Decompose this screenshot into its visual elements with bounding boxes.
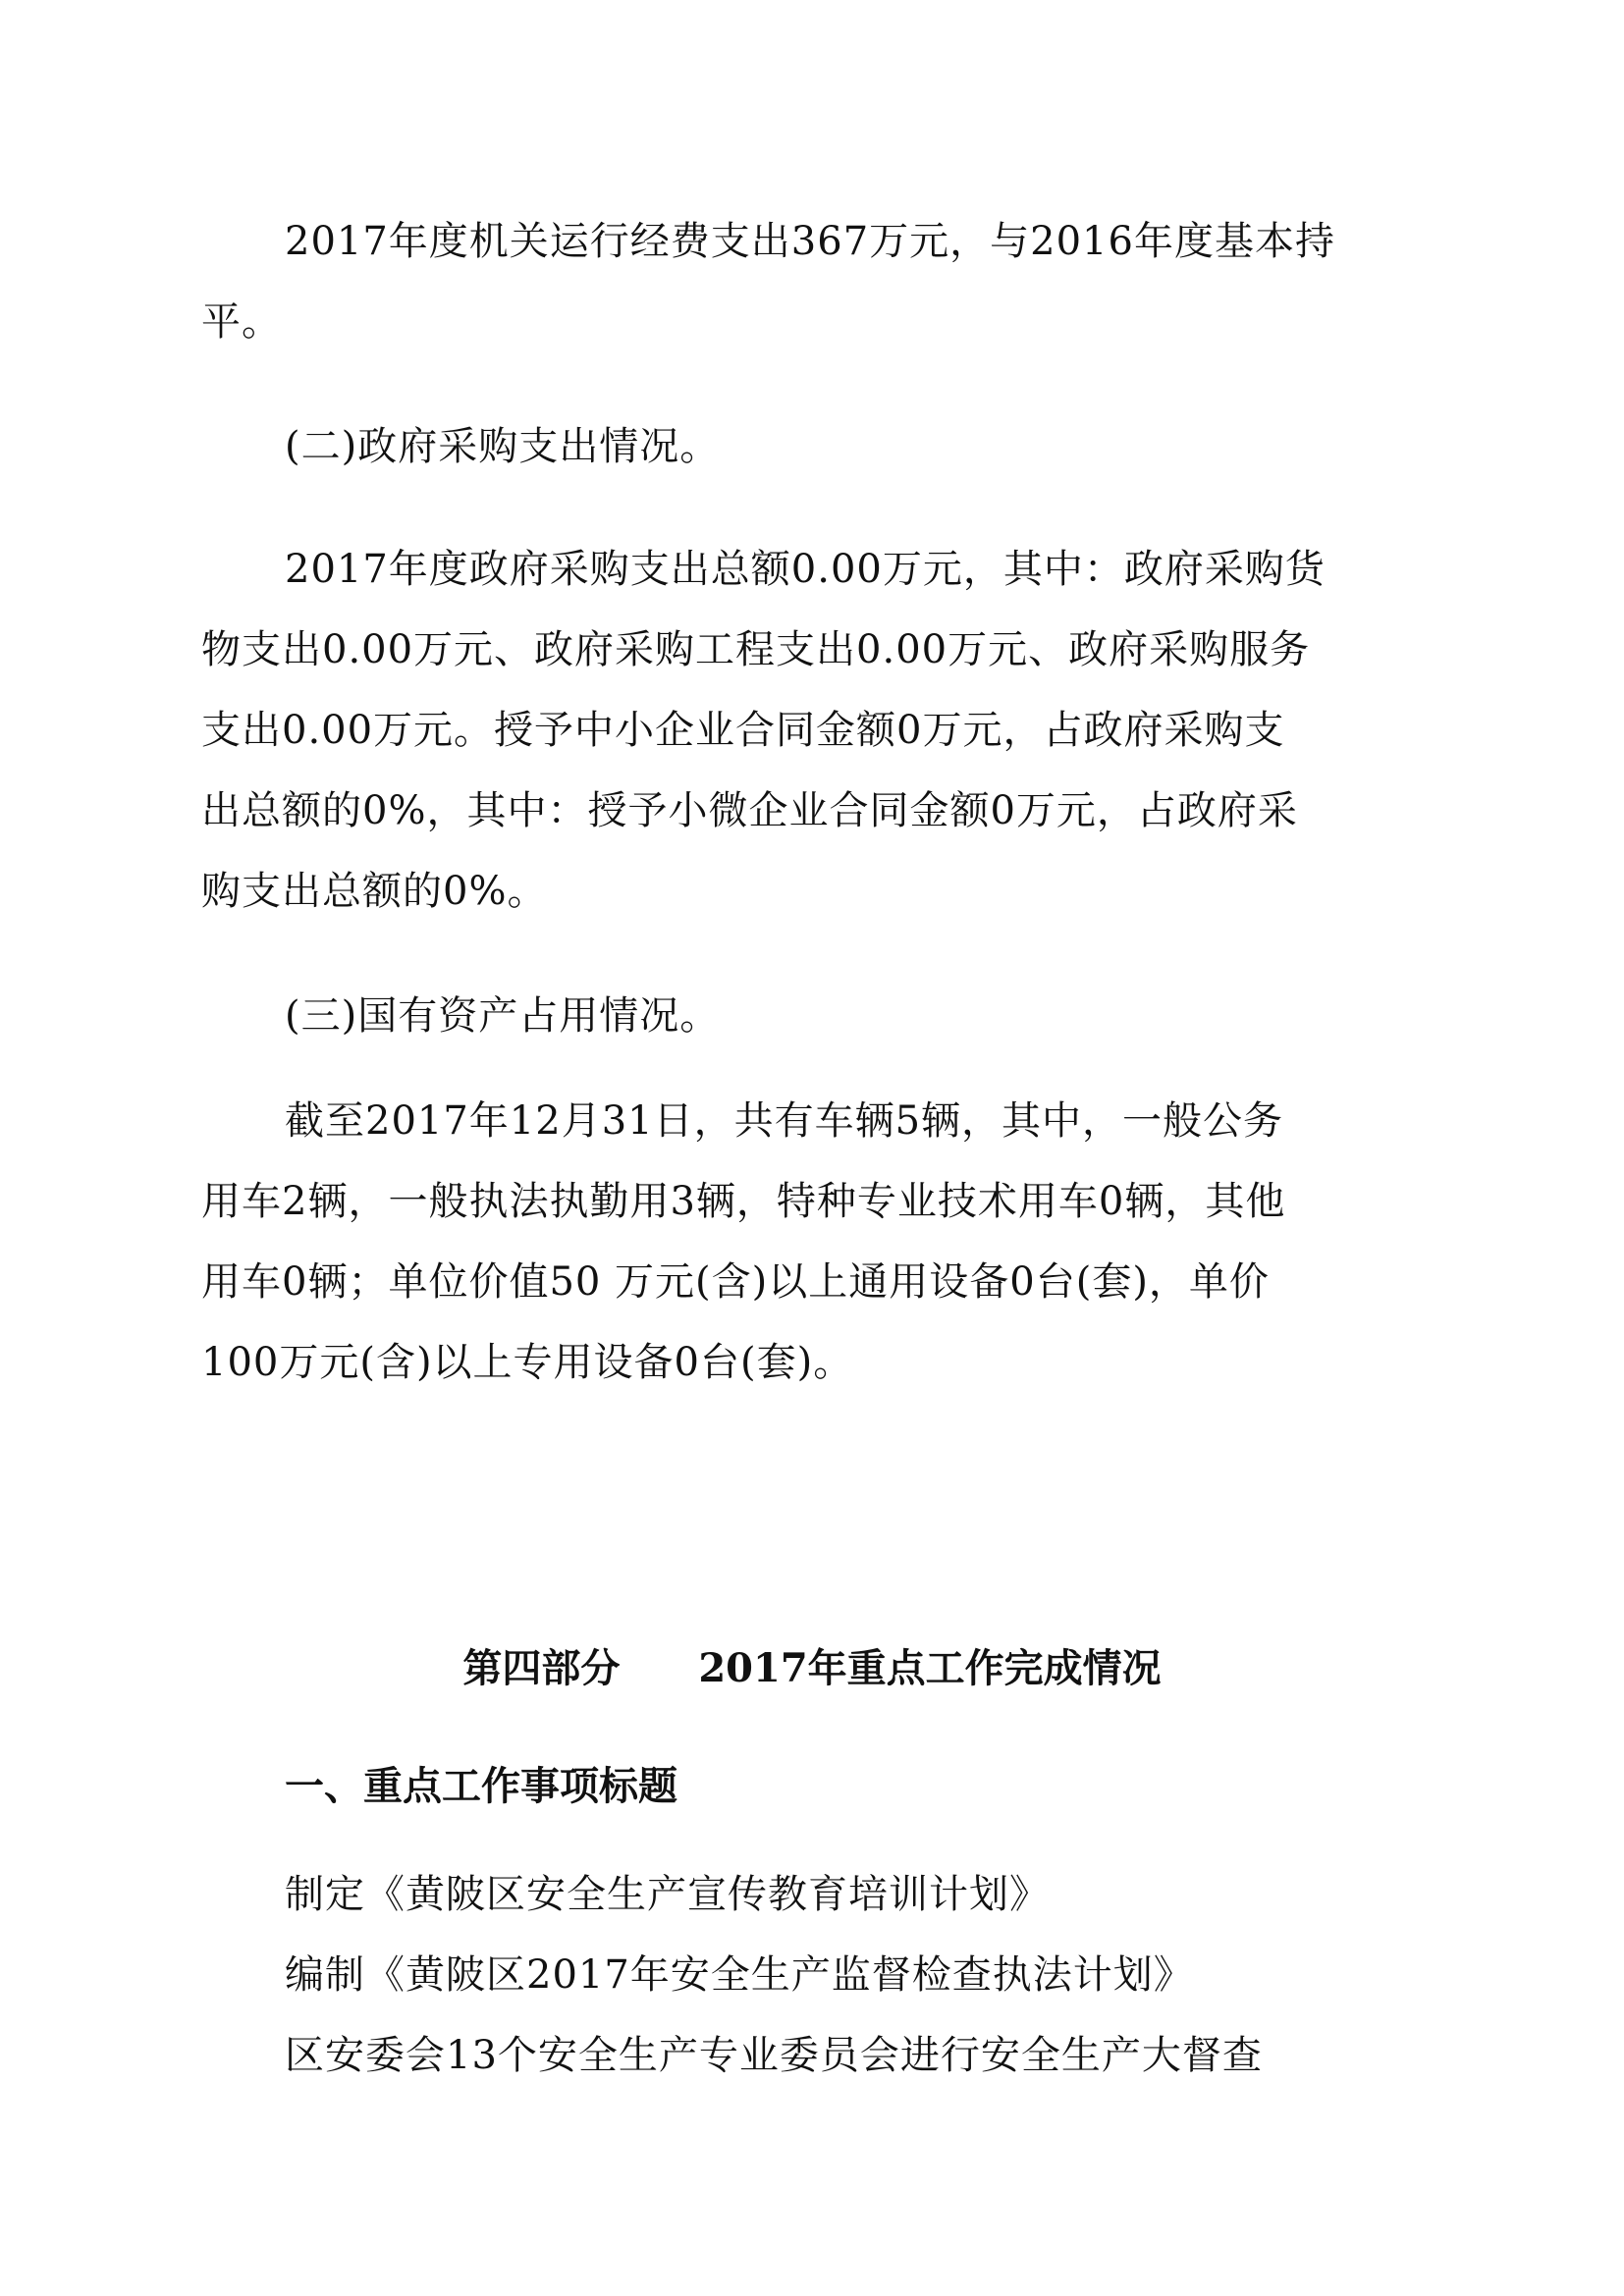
key-work-item-1: 制定《黄陂区安全生产宣传教育培训计划》 — [285, 1870, 1512, 1919]
procurement-line-4: 出总额的0%，其中：授予小微企业合同金额0万元，占政府采 — [201, 786, 1429, 835]
assets-line-3: 用车0辆；单位价值50 万元(含)以上通用设备0台(套)，单价 — [201, 1257, 1429, 1307]
document-page: 2017年度机关运行经费支出367万元，与2016年度基本持 平。 (二)政府采… — [0, 0, 1624, 2296]
assets-heading: (三)国有资产占用情况。 — [285, 991, 1512, 1041]
assets-line-1: 截至2017年12月31日，共有车辆5辆，其中，一般公务 — [285, 1096, 1512, 1146]
section-4-title: 第四部分 2017年重点工作完成情况 — [0, 1644, 1624, 1693]
key-work-item-2: 编制《黄陂区2017年安全生产监督检查执法计划》 — [285, 1950, 1512, 2000]
procurement-line-1: 2017年度政府采购支出总额0.00万元，其中：政府采购货 — [285, 545, 1512, 594]
procurement-line-2: 物支出0.00万元、政府采购工程支出0.00万元、政府采购服务 — [201, 625, 1429, 674]
running-cost-line-2: 平。 — [201, 297, 1429, 347]
procurement-heading: (二)政府采购支出情况。 — [285, 422, 1512, 471]
assets-line-2: 用车2辆，一般执法执勤用3辆，特种专业技术用车0辆，其他 — [201, 1177, 1429, 1226]
procurement-line-3: 支出0.00万元。授予中小企业合同金额0万元，占政府采购支 — [201, 706, 1429, 755]
section-4-subheading: 一、重点工作事项标题 — [285, 1762, 677, 1811]
key-work-item-3: 区安委会13个安全生产专业委员会进行安全生产大督查 — [285, 2031, 1512, 2080]
procurement-line-5: 购支出总额的0%。 — [201, 867, 1429, 916]
running-cost-line-1: 2017年度机关运行经费支出367万元，与2016年度基本持 — [285, 217, 1512, 266]
assets-line-4: 100万元(含)以上专用设备0台(套)。 — [201, 1338, 1429, 1387]
